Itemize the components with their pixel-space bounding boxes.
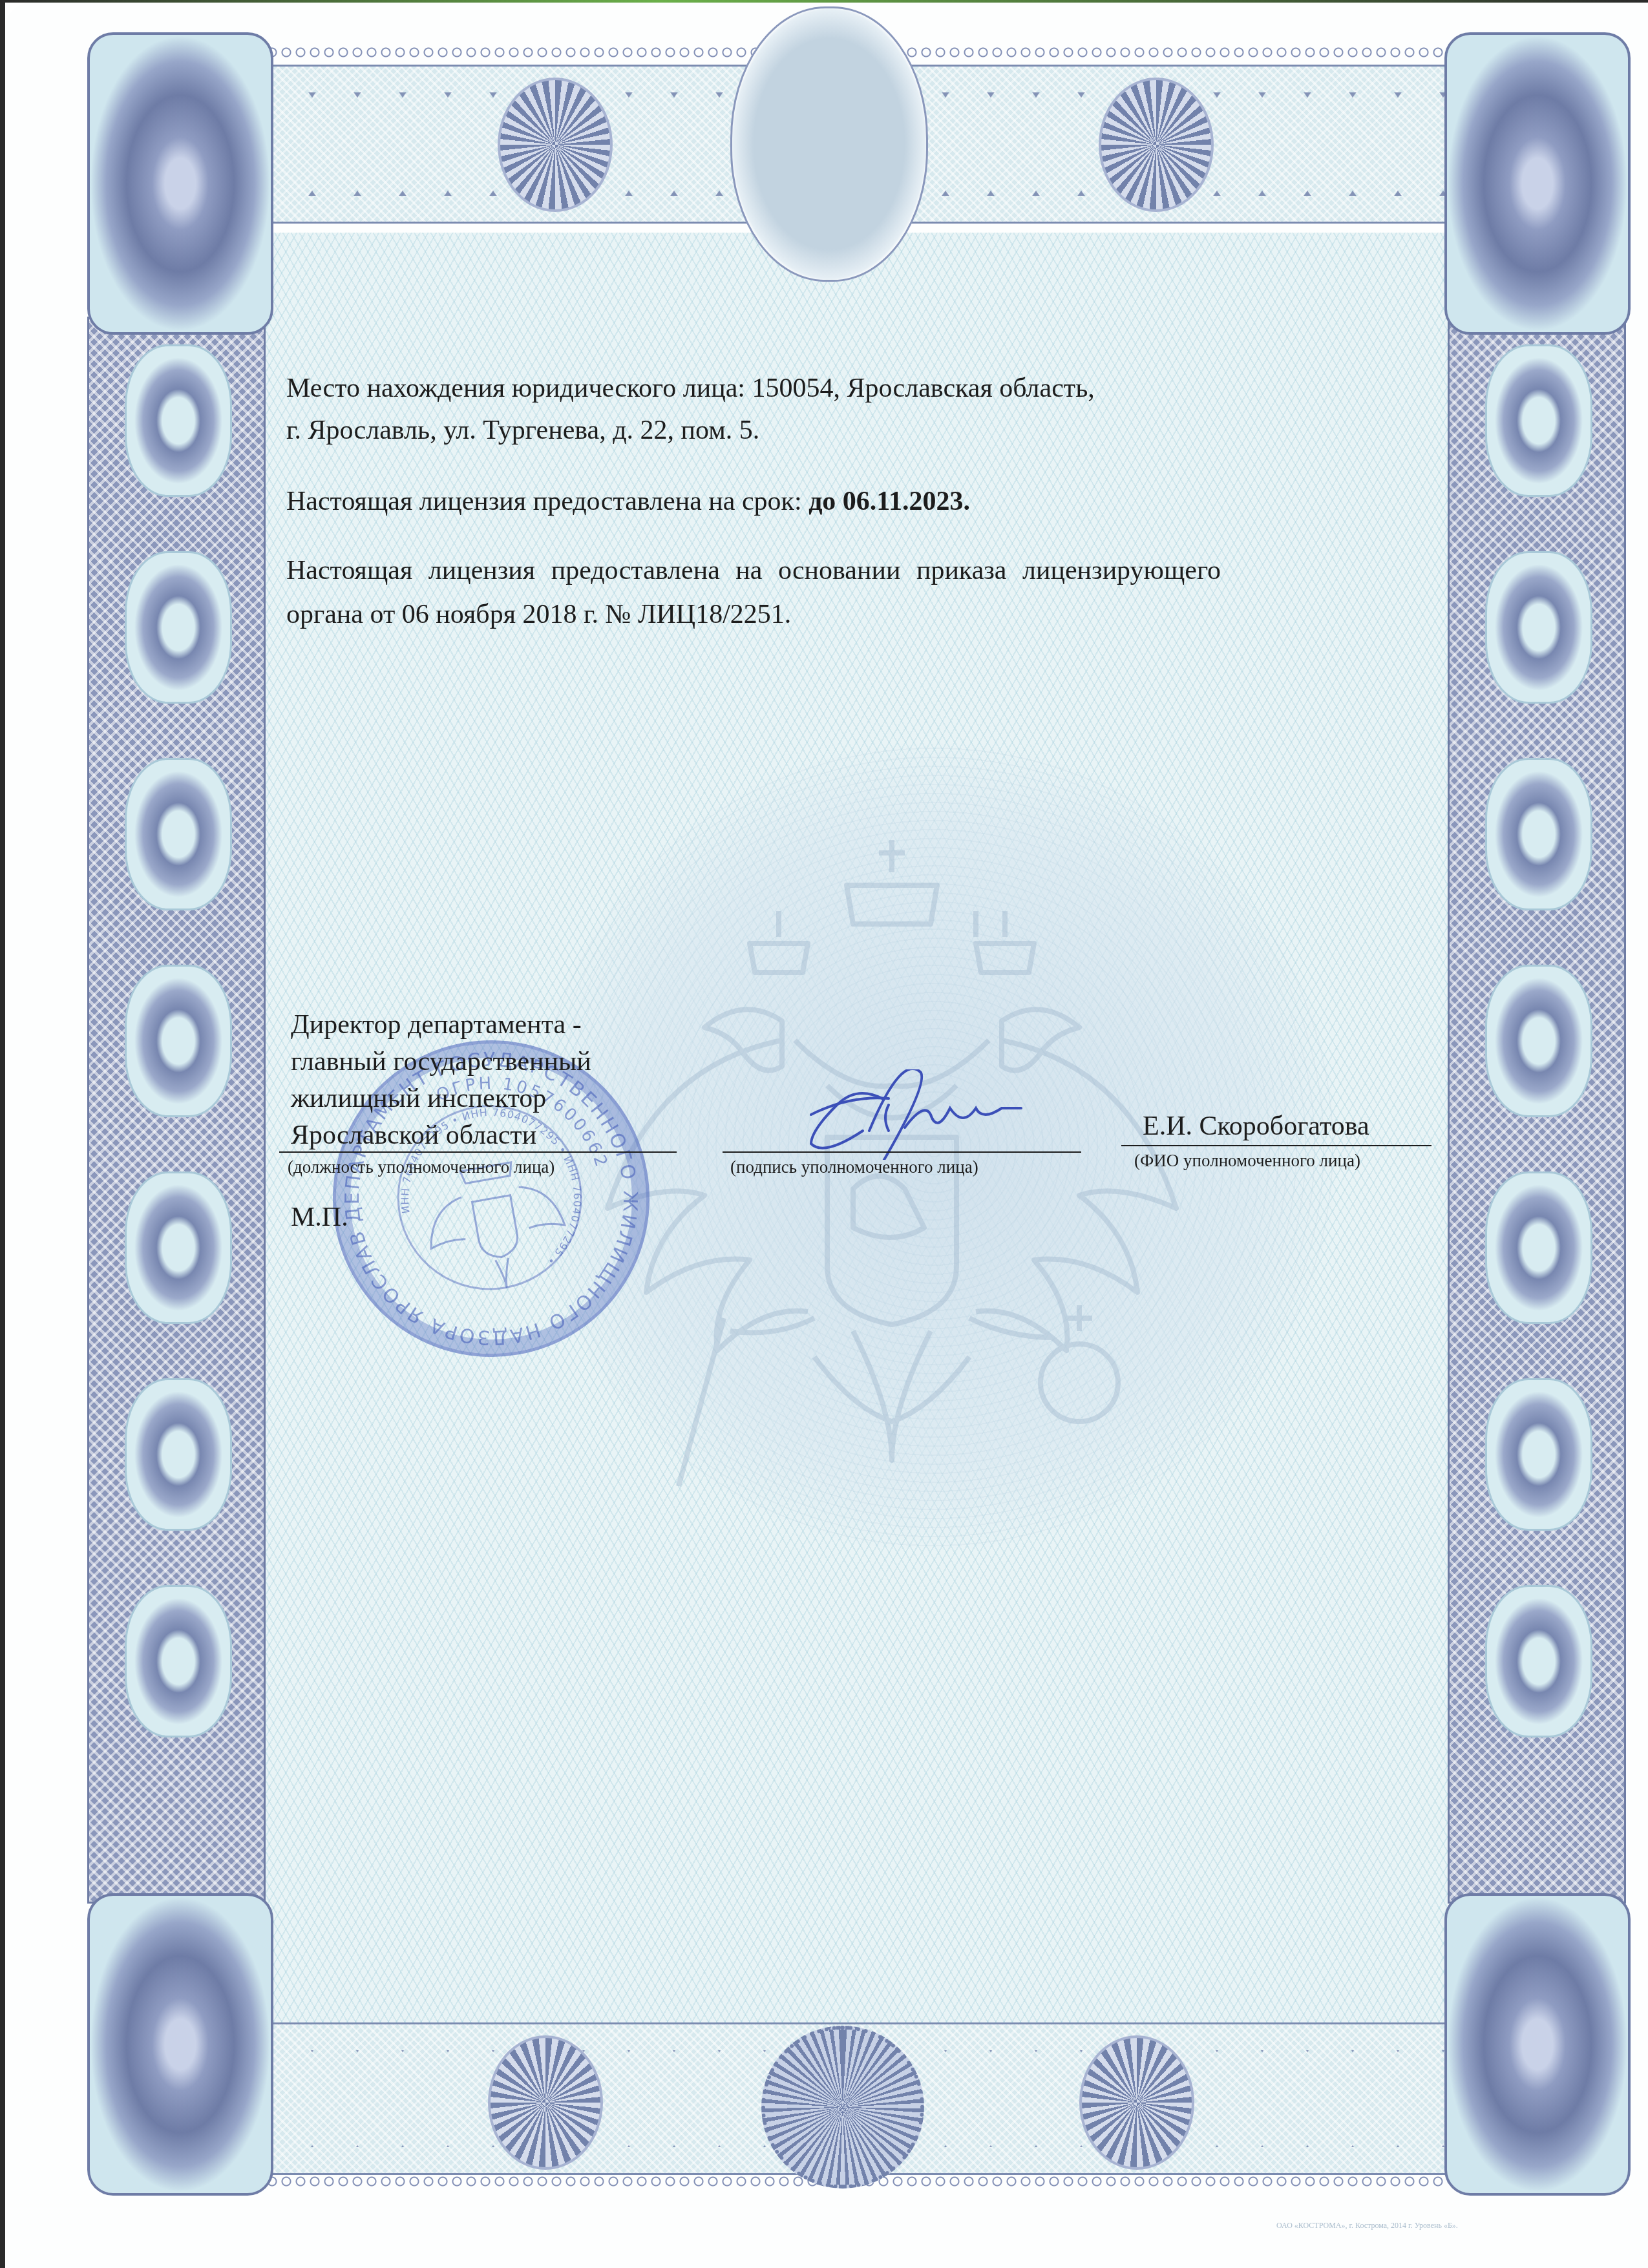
rosette-ornament xyxy=(498,78,613,212)
signature-caption: (подпись уполномоченного лица) xyxy=(730,1159,978,1176)
medallion-ornament xyxy=(1485,965,1592,1117)
address-line-1: Место нахождения юридического лица: 1500… xyxy=(286,375,1095,402)
signature-underline xyxy=(723,1151,1081,1153)
top-rosette-ornament xyxy=(730,6,928,282)
medallion-ornament xyxy=(125,1171,232,1324)
medallion-ornament xyxy=(125,344,232,497)
license-term-value: до 06.11.2023. xyxy=(808,487,970,516)
scan-edge xyxy=(0,0,5,2268)
medallion-ornament xyxy=(1485,1378,1592,1531)
corner-ornament-top-right xyxy=(1444,32,1631,335)
coat-of-arms-icon xyxy=(569,827,1215,1538)
medallion-ornament xyxy=(1485,551,1592,704)
signature-icon xyxy=(785,1069,1089,1160)
bottom-rosette-ornament xyxy=(761,2026,924,2189)
position-line-1: Директор департамента - xyxy=(291,1011,582,1038)
position-line-3: жилищный инспектор xyxy=(291,1085,546,1112)
printer-imprint: ОАО «КОСТРОМА», г. Кострома, 2014 г. Уро… xyxy=(1276,2221,1458,2231)
position-line-4: Ярославской области xyxy=(291,1122,536,1149)
position-underline xyxy=(279,1151,677,1153)
corner-ornament-bottom-left xyxy=(87,1893,273,2196)
medallion-ornament xyxy=(1485,1171,1592,1324)
license-term: Настоящая лицензия предоставлена на срок… xyxy=(286,488,970,515)
authorized-person-name: Е.И. Скоробогатова xyxy=(1143,1113,1369,1140)
seal-place-mark: М.П. xyxy=(291,1204,348,1231)
border-column-left xyxy=(87,317,266,1904)
license-term-label: Настоящая лицензия предоставлена на срок… xyxy=(286,487,808,516)
rosette-ornament xyxy=(1099,78,1214,212)
medallion-ornament xyxy=(125,1585,232,1738)
rosette-ornament xyxy=(1079,2035,1194,2170)
medallion-ornament xyxy=(125,1378,232,1531)
position-line-2: главный государственный xyxy=(291,1048,591,1075)
medallion-ornament xyxy=(125,965,232,1117)
position-caption: (должность уполномоченного лица) xyxy=(288,1159,555,1176)
name-caption: (ФИО уполномоченного лица) xyxy=(1134,1152,1360,1170)
medallion-ornament xyxy=(1485,1585,1592,1738)
medallion-ornament xyxy=(1485,344,1592,497)
medallion-ornament xyxy=(125,758,232,910)
address-line-2: г. Ярославль, ул. Тургенева, д. 22, пом.… xyxy=(286,417,759,444)
corner-ornament-bottom-right xyxy=(1444,1893,1631,2196)
rosette-ornament xyxy=(488,2035,603,2170)
medallion-ornament xyxy=(125,551,232,704)
name-underline xyxy=(1121,1145,1431,1146)
license-basis-line-1: Настоящая лицензия предоставлена на осно… xyxy=(286,557,1391,584)
medallion-ornament xyxy=(1485,758,1592,910)
license-basis-line-2: органа от 06 ноября 2018 г. № ЛИЦ18/2251… xyxy=(286,601,791,628)
border-column-right xyxy=(1448,317,1626,1904)
corner-ornament-top-left xyxy=(87,32,273,335)
